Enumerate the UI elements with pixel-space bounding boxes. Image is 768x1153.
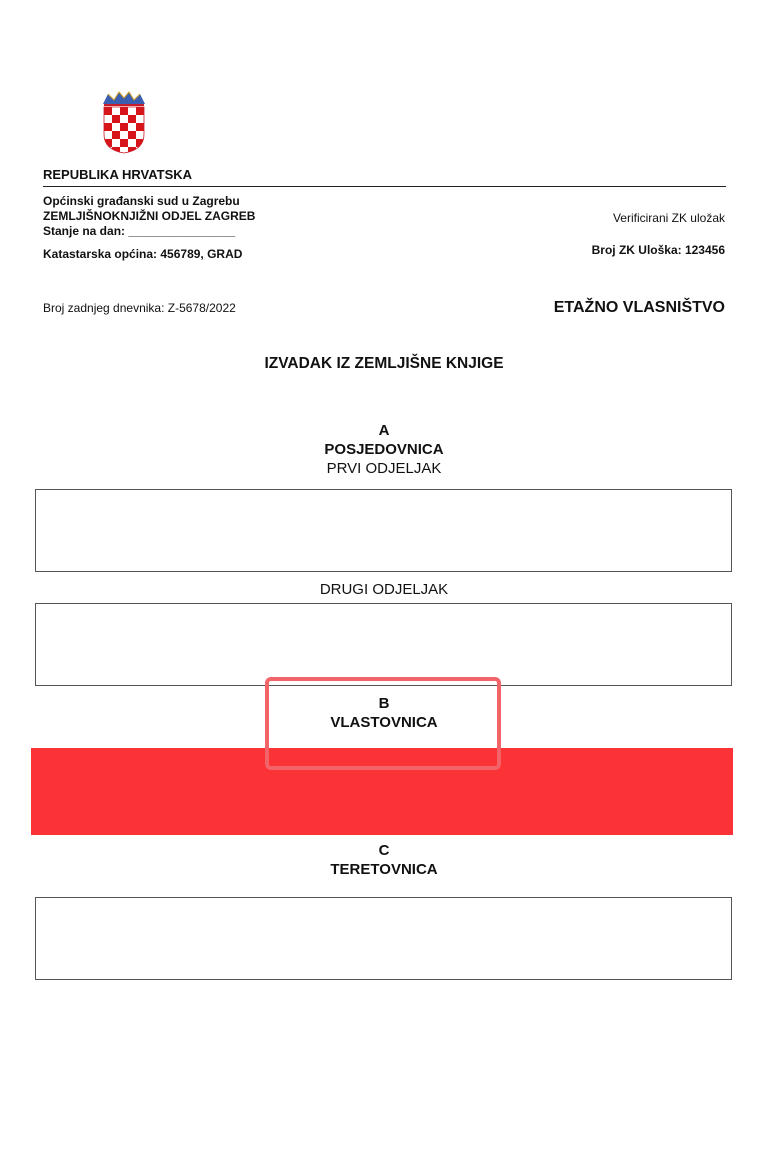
verified-label: Verificirani ZK uložak [613, 211, 725, 225]
second-subsection-box [35, 603, 732, 686]
court-name: Općinski građanski sud u Zagrebu [43, 194, 255, 209]
department-name: ZEMLJIŠNOKNJIŽNI ODJEL ZAGREB [43, 209, 255, 224]
ownership-type: ETAŽNO VLASNIŠTVO [554, 299, 725, 317]
first-subsection-label: PRVI ODJELJAK [0, 459, 768, 478]
section-b-highlight [265, 677, 501, 770]
first-subsection-box [35, 489, 732, 572]
court-info: Općinski građanski sud u Zagrebu ZEMLJIŠ… [43, 194, 255, 239]
header-divider [43, 186, 726, 187]
section-c-heading: C TERETOVNICA [0, 842, 768, 879]
status-date: Stanje na dan: ________________ [43, 224, 255, 239]
document-title: IZVADAK IZ ZEMLJIŠNE KNJIGE [0, 355, 768, 373]
second-subsection-label: DRUGI ODJELJAK [0, 580, 768, 599]
section-a-heading: A POSJEDOVNICA PRVI ODJELJAK [0, 422, 768, 478]
croatian-coat-of-arms-icon [100, 90, 148, 154]
cadastral-municipality: Katastarska općina: 456789, GRAD [43, 247, 242, 261]
folio-number: Broj ZK Uloška: 123456 [592, 243, 725, 257]
last-diary-number: Broj zadnjeg dnevnika: Z-5678/2022 [43, 301, 236, 315]
section-c-box [35, 897, 732, 980]
country-name: REPUBLIKA HRVATSKA [43, 167, 192, 182]
status-date-value: ________________ [128, 224, 235, 238]
